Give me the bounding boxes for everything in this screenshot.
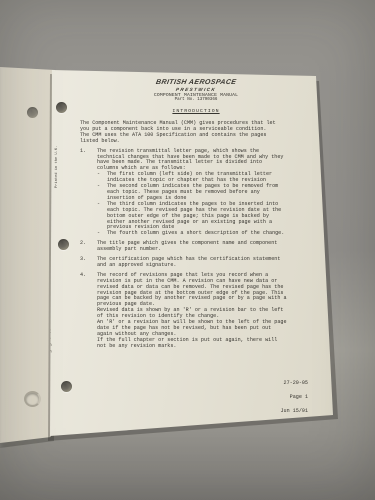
bullet-text: The third column indicates the pages to … (107, 202, 312, 232)
brand-name: BRITISH AEROSPACE (79, 79, 312, 87)
item-text: The certification page which has the cer… (97, 257, 312, 269)
item-number: 2. (80, 241, 97, 253)
list-item: 3. The certification page which has the … (80, 257, 312, 269)
bullet-item: - The fourth column gives a short descri… (97, 231, 312, 237)
page-content: BRITISH AEROSPACE PRESTWICK COMPONENT MA… (80, 79, 312, 350)
bullet-marker: - (97, 231, 107, 237)
list-item: 1. The revision transmittal letter page,… (80, 149, 312, 238)
printed-in-note: Printed in the U.K. (55, 146, 59, 188)
intro-paragraph: The Component Maintenance Manual (CMM) g… (80, 121, 312, 145)
punch-hole (58, 239, 69, 250)
bullet-text: The fourth column gives a short descript… (107, 231, 312, 237)
punch-hole (56, 102, 67, 113)
bullet-item: - The third column indicates the pages t… (97, 202, 312, 232)
footer-ata-code: 27-20-05 (190, 380, 308, 386)
item-text: The revision transmittal letter page, wh… (97, 149, 312, 173)
item-number: 1. (80, 149, 97, 238)
page-footer: 27-20-05 Page 1 Jun 15/91 (190, 380, 308, 422)
list-item: 2. The title page which gives the compon… (80, 241, 312, 253)
bullet-text: The second column indicates the pages to… (107, 184, 312, 202)
footer-page-number: Page 1 (190, 394, 308, 400)
section-title: INTRODUCTION (80, 109, 312, 115)
page-header: BRITISH AEROSPACE PRESTWICK COMPONENT MA… (80, 79, 312, 103)
part-number: Part No. 13790366 (80, 98, 312, 103)
bullet-marker: - (97, 184, 107, 202)
brand-location: PRESTWICK (80, 87, 313, 93)
item-body: The revision transmittal letter page, wh… (97, 149, 312, 238)
photo-backdrop: Printed in the U.K. Comm BRITISH AEROSPA… (0, 0, 375, 500)
item-number: 3. (80, 257, 97, 269)
bullet-item: - The second column indicates the pages … (97, 184, 312, 202)
footer-date: Jun 15/91 (190, 408, 308, 414)
item-text: The title page which gives the component… (97, 241, 312, 253)
document-page: Printed in the U.K. Comm BRITISH AEROSPA… (0, 0, 375, 500)
item-text: The record of revisions page that lets y… (97, 273, 312, 350)
item-number: 4. (80, 273, 97, 350)
punch-hole (61, 381, 72, 392)
punch-hole (27, 107, 38, 118)
punch-hole (24, 391, 41, 407)
bullet-marker: - (97, 202, 107, 232)
list-item: 4. The record of revisions page that let… (80, 273, 312, 350)
